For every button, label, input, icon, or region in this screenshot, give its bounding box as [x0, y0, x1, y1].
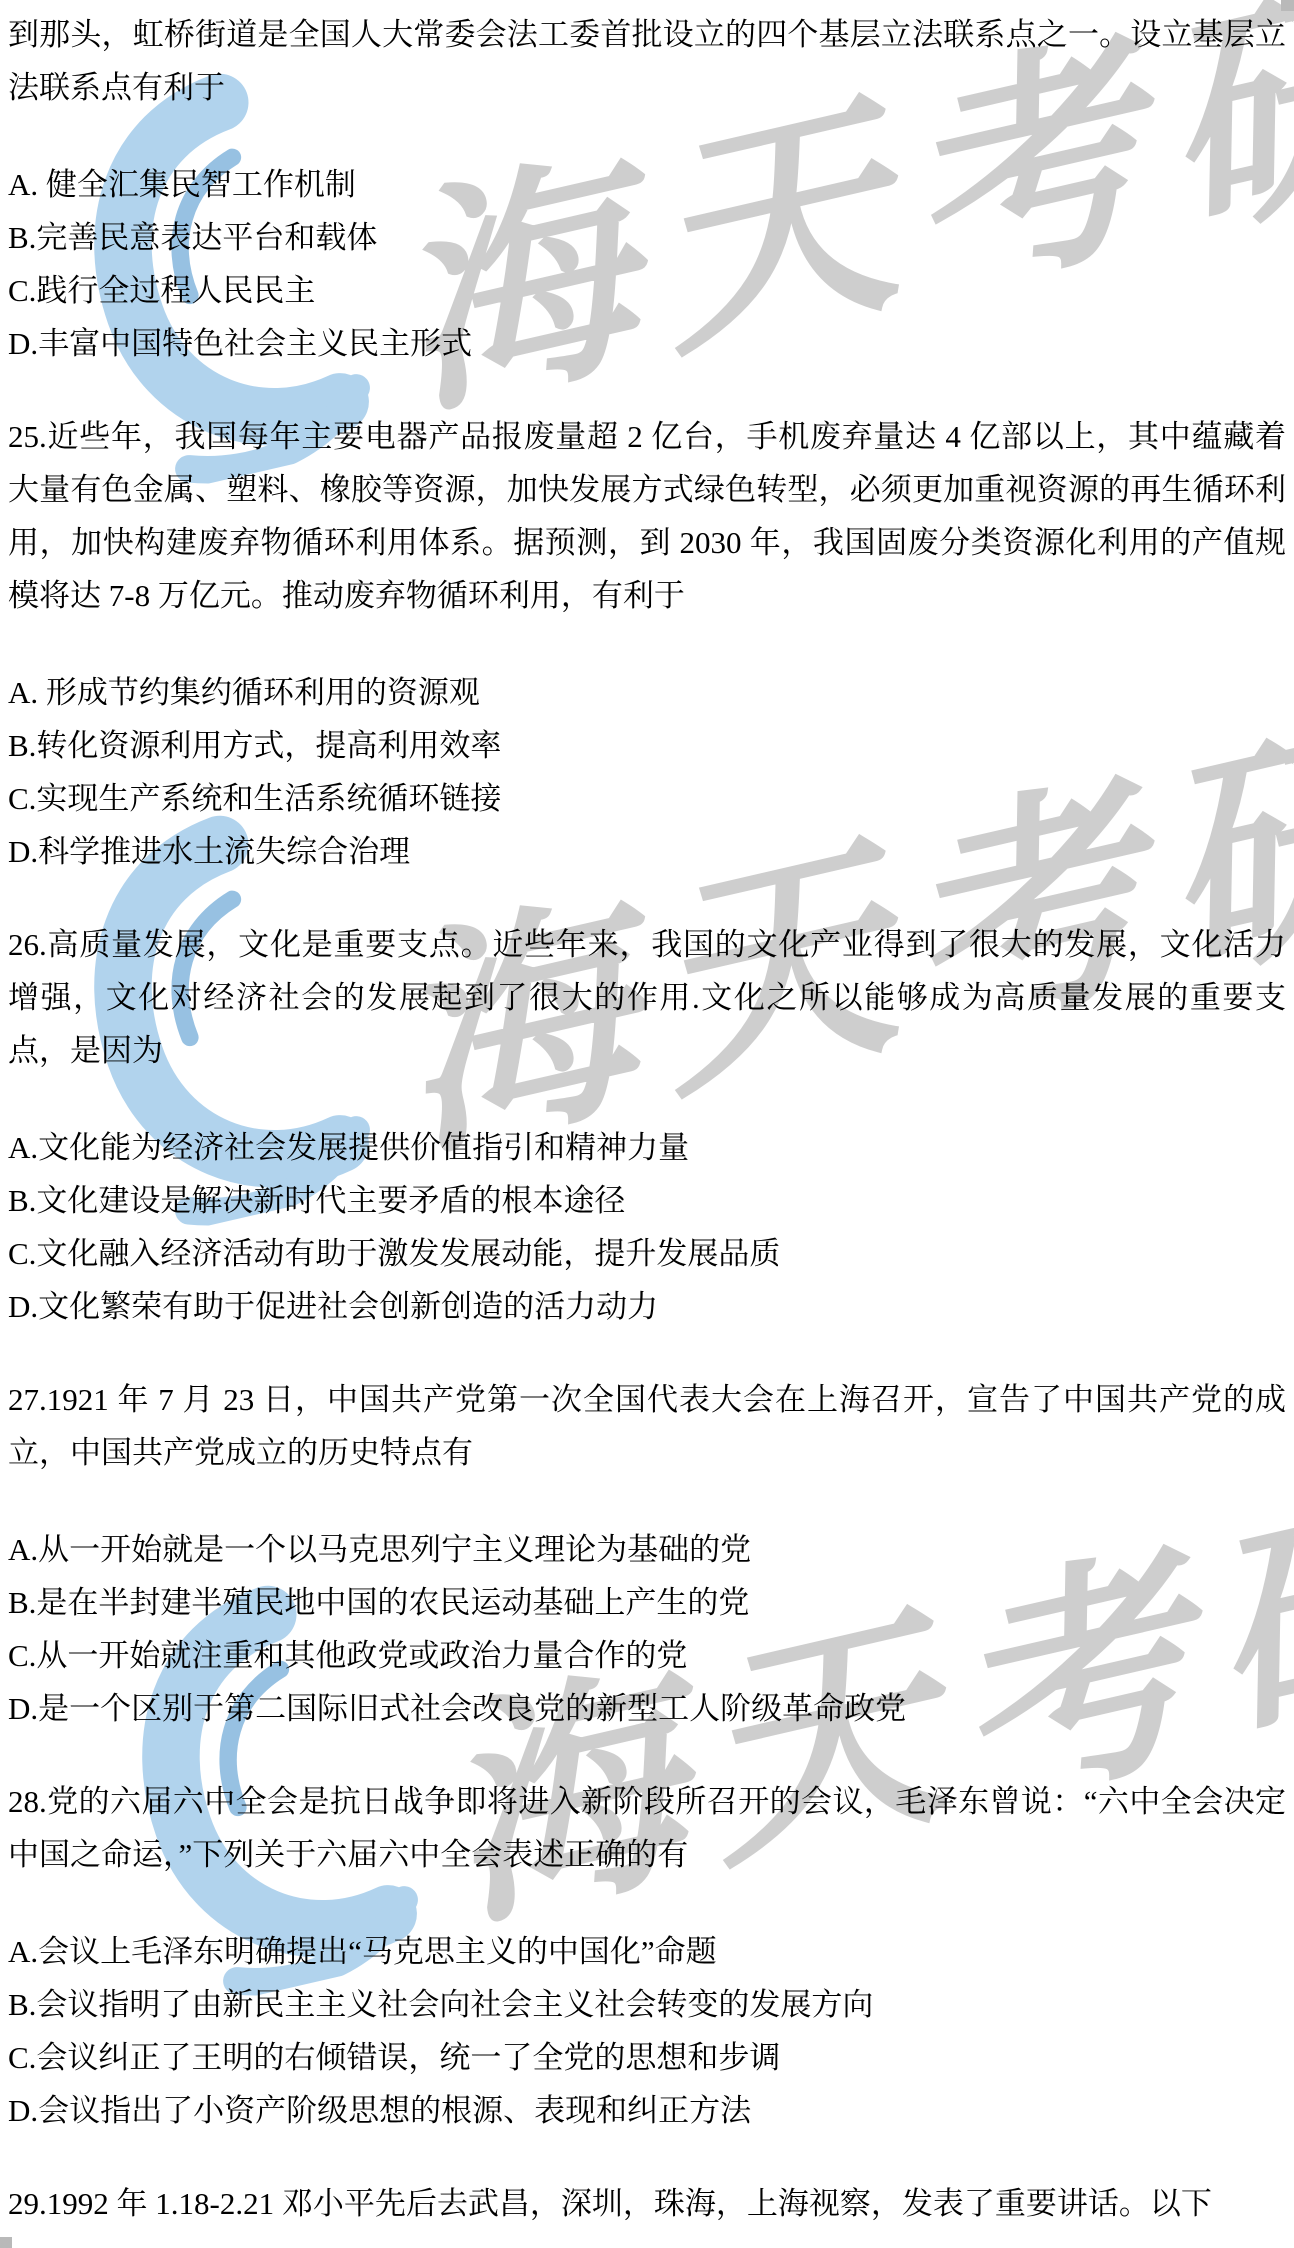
- option-d: D.会议指出了小资产阶级思想的根源、表现和纠正方法: [8, 2084, 1286, 2137]
- options-list: A. 形成节约集约循环利用的资源观 B.转化资源利用方式，提高利用效率 C.实现…: [8, 666, 1286, 878]
- option-b: B.是在半封建半殖民地中国的农民运动基础上产生的党: [8, 1576, 1286, 1629]
- option-b: B.会议指明了由新民主主义社会向社会主义社会转变的发展方向: [8, 1978, 1286, 2031]
- option-c: C.实现生产系统和生活系统循环链接: [8, 772, 1286, 825]
- option-d: D.科学推进水土流失综合治理: [8, 825, 1286, 878]
- option-a: A.会议上毛泽东明确提出“马克思主义的中国化”命题: [8, 1925, 1286, 1978]
- option-b: B.完善民意表达平台和载体: [8, 211, 1286, 264]
- option-a: A. 健全汇集民智工作机制: [8, 158, 1286, 211]
- option-d: D.丰富中国特色社会主义民主形式: [8, 317, 1286, 370]
- option-a: A.从一开始就是一个以马克思列宁主义理论为基础的党: [8, 1523, 1286, 1576]
- option-c: C.从一开始就注重和其他政党或政治力量合作的党: [8, 1629, 1286, 1682]
- question-stem: 到那头，虹桥街道是全国人大常委会法工委首批设立的四个基层立法联系点之一。设立基层…: [8, 8, 1286, 114]
- option-a: A. 形成节约集约循环利用的资源观: [8, 666, 1286, 719]
- option-c: C.会议纠正了王明的右倾错误，统一了全党的思想和步调: [8, 2031, 1286, 2084]
- question-block-29-partial: 29.1992 年 1.18-2.21 邓小平先后去武昌，深圳，珠海，上海视察，…: [8, 2177, 1286, 2230]
- scan-artifact: [1281, 0, 1294, 11]
- options-list: A.从一开始就是一个以马克思列宁主义理论为基础的党 B.是在半封建半殖民地中国的…: [8, 1523, 1286, 1735]
- question-block-24: 到那头，虹桥街道是全国人大常委会法工委首批设立的四个基层立法联系点之一。设立基层…: [8, 8, 1286, 370]
- scan-artifact: [0, 2237, 12, 2248]
- question-stem: 28.党的六届六中全会是抗日战争即将进入新阶段所召开的会议，毛泽东曾说：“六中全…: [8, 1775, 1286, 1881]
- question-stem: 29.1992 年 1.18-2.21 邓小平先后去武昌，深圳，珠海，上海视察，…: [8, 2177, 1286, 2230]
- option-d: D.文化繁荣有助于促进社会创新创造的活力动力: [8, 1280, 1286, 1333]
- exam-text-body: 到那头，虹桥街道是全国人大常委会法工委首批设立的四个基层立法联系点之一。设立基层…: [0, 0, 1294, 2230]
- question-block-27: 27.1921 年 7 月 23 日，中国共产党第一次全国代表大会在上海召开，宣…: [8, 1373, 1286, 1735]
- question-stem: 25.近些年，我国每年主要电器产品报废量超 2 亿台，手机废弃量达 4 亿部以上…: [8, 410, 1286, 622]
- options-list: A.文化能为经济社会发展提供价值指引和精神力量 B.文化建设是解决新时代主要矛盾…: [8, 1121, 1286, 1333]
- exam-page-scan: { "watermark": { "text": "海天考研", "text_c…: [0, 0, 1294, 2248]
- option-b: B.文化建设是解决新时代主要矛盾的根本途径: [8, 1174, 1286, 1227]
- question-block-26: 26.高质量发展，文化是重要支点。近些年来，我国的文化产业得到了很大的发展，文化…: [8, 918, 1286, 1333]
- question-block-25: 25.近些年，我国每年主要电器产品报废量超 2 亿台，手机废弃量达 4 亿部以上…: [8, 410, 1286, 878]
- question-stem: 27.1921 年 7 月 23 日，中国共产党第一次全国代表大会在上海召开，宣…: [8, 1373, 1286, 1479]
- question-stem: 26.高质量发展，文化是重要支点。近些年来，我国的文化产业得到了很大的发展，文化…: [8, 918, 1286, 1077]
- options-list: A. 健全汇集民智工作机制 B.完善民意表达平台和载体 C.践行全过程人民民主 …: [8, 158, 1286, 370]
- option-c: C.文化融入经济活动有助于激发发展动能，提升发展品质: [8, 1227, 1286, 1280]
- question-block-28: 28.党的六届六中全会是抗日战争即将进入新阶段所召开的会议，毛泽东曾说：“六中全…: [8, 1775, 1286, 2137]
- option-a: A.文化能为经济社会发展提供价值指引和精神力量: [8, 1121, 1286, 1174]
- options-list: A.会议上毛泽东明确提出“马克思主义的中国化”命题 B.会议指明了由新民主主义社…: [8, 1925, 1286, 2137]
- option-b: B.转化资源利用方式，提高利用效率: [8, 719, 1286, 772]
- option-c: C.践行全过程人民民主: [8, 264, 1286, 317]
- option-d: D.是一个区别于第二国际旧式社会改良党的新型工人阶级革命政党: [8, 1682, 1286, 1735]
